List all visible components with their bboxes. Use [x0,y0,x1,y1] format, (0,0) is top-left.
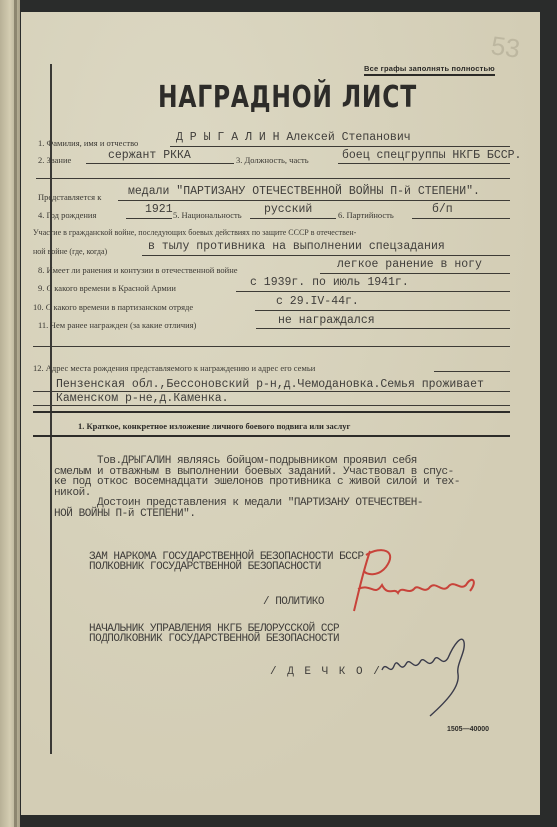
birth-year-label: 4. Год рождения [38,210,96,220]
print-code: 1505—40000 [447,726,489,733]
rank-value: сержант РККА [108,149,191,162]
wounds-label: 8. Имеет ли ранения и контузии в отечест… [38,265,238,275]
partisan-label: 10. С какого времени в партизанском отря… [33,302,193,312]
section-rule [33,435,510,437]
prior-awards-label: 11. Чем ранее награжден (за какие отличи… [38,320,196,330]
position-label: 3. Должность, часть [236,155,309,165]
signatory-2-name: / Д Е Ч К О / [270,667,382,677]
address-value-line-2: Каменском р-не,д.Каменка. [56,392,229,405]
party-value: б/п [432,203,453,216]
underline [236,291,510,292]
nominated-value: медали "ПАРТИЗАНУ ОТЕЧЕСТВЕННОЙ ВОЙНЫ П-… [128,185,480,198]
underline [320,273,510,274]
underline [255,310,510,311]
underline [170,146,510,147]
birth-year-value: 1921 [145,203,173,216]
underline [86,163,234,164]
section-rule [33,411,510,413]
underline [142,255,510,256]
partisan-value: с 29.IV-44г. [276,295,359,308]
underline [412,218,510,219]
underline [256,328,510,329]
section-title: 1. Краткое, конкретное изложение личного… [78,421,350,431]
underline [126,218,172,219]
page-number-stamp: 53 [489,30,522,65]
nationality-label: 5. Национальность [173,210,242,220]
nationality-value: русский [264,203,312,216]
underline [33,405,510,406]
red-army-value: с 1939г. по июль 1941г. [250,276,409,289]
red-signature [352,545,492,615]
red-army-label: 9. С какого времени в Красной Армии [38,283,176,293]
underline [434,371,510,372]
wounds-value: легкое ранение в ногу [337,258,482,271]
underline [250,218,336,219]
book-binding [0,0,20,827]
divider [33,346,510,347]
ink-signature [378,630,478,720]
name-value: Д Р Ы Г А Л И Н Алексей Степанович [176,131,411,144]
underline [338,163,510,164]
participation-label-2: ной войне (где, когда) [33,247,107,256]
prior-awards-value: не награждался [278,314,375,327]
address-value-line-1: Пензенская обл.,Бессоновский р-н,д.Чемод… [56,378,484,391]
participation-label-1: Участие в гражданской войне, последующих… [33,228,356,237]
underline [118,200,510,201]
party-label: 6. Партийность [338,210,394,220]
divider [36,178,510,179]
signatory-2-title-2: ПОДПОЛКОВНИК ГОСУДАРСТВЕННОЙ БЕЗОПАСНОСТ… [89,634,339,644]
signatory-1-name: / ПОЛИТИКО [263,597,324,607]
address-label: 12. Адрес места рождения представляемого… [33,363,315,373]
participation-value: в тылу противника на выполнении спецзада… [148,240,445,253]
narrative-text: Тов.ДРЫГАЛИН являясь бойцом-подрывником … [54,456,524,519]
position-value: боец спецгруппы НКГБ БССР. [342,149,521,162]
page-title: НАГРАДНОЙ ЛИСТ [158,80,417,115]
rank-label: 2. Звание [38,155,71,165]
instruction-note: Все графы заполнять полностью [364,64,495,76]
margin-line [50,64,52,754]
signatory-1-title-2: ПОЛКОВНИК ГОСУДАРСТВЕННОЙ БЕЗОПАСНОСТИ [89,562,321,572]
nominated-label: Представляется к [38,192,101,202]
binding-edge [14,0,17,827]
name-label: 1. Фамилия, имя и отчество [38,138,138,148]
